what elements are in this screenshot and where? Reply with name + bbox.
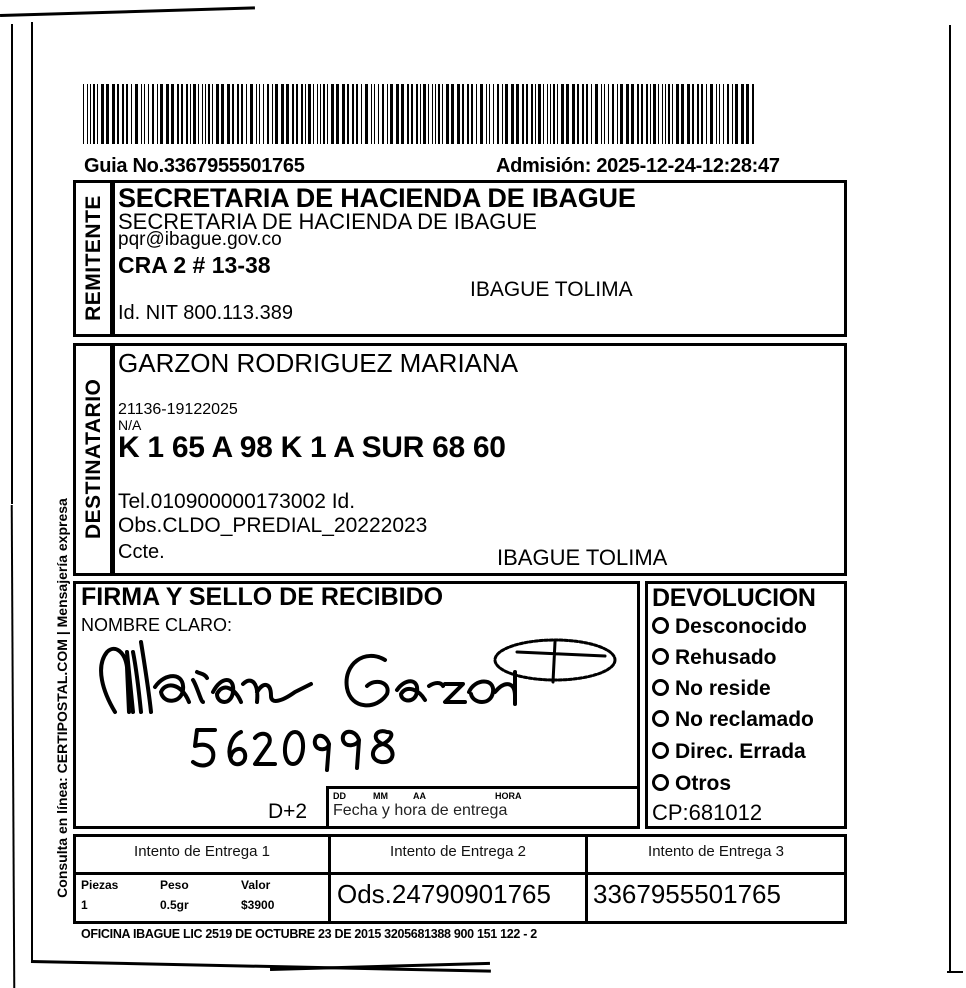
devolucion-title: DEVOLUCION	[652, 584, 816, 613]
footer-office-info: OFICINA IBAGUE LIC 2519 DE OCTUBRE 23 DE…	[81, 927, 537, 941]
destinatario-city: IBAGUE TOLIMA	[497, 545, 667, 571]
destinatario-address: K 1 65 A 98 K 1 A SUR 68 60	[118, 431, 506, 465]
remitente-city: IBAGUE TOLIMA	[470, 278, 633, 302]
devolucion-option-rehusado[interactable]: Rehusado	[652, 646, 777, 670]
guia-number-footer: 3367955501765	[593, 879, 781, 910]
peso-header: Peso	[160, 878, 189, 892]
remitente-label: REMITENTE	[82, 188, 106, 328]
destinatario-phone: Tel.010900000173002 Id.	[118, 490, 355, 514]
devolucion-option-direc-errada[interactable]: Direc. Errada	[652, 740, 806, 764]
fecha-label: Fecha y hora de entrega	[333, 802, 507, 820]
guia-number: Guia No.3367955501765	[84, 155, 305, 178]
paper-edge-top	[0, 6, 255, 17]
radio-circle-icon	[652, 774, 669, 791]
destinatario-obs: Obs.CLDO_PREDIAL_20222023	[118, 514, 427, 538]
paper-edge-left	[11, 24, 13, 504]
date-label-hora: HORA	[495, 791, 522, 801]
date-label-mm: MM	[373, 791, 388, 801]
ods-number: Ods.24790901765	[337, 879, 551, 910]
radio-circle-icon	[652, 648, 669, 665]
valor-value: $3900	[241, 898, 274, 912]
barcode	[83, 84, 755, 144]
postal-code: CP:681012	[652, 800, 762, 826]
devolucion-option-no-reclamado[interactable]: No reclamado	[652, 708, 814, 732]
handwritten-signature	[85, 612, 635, 772]
peso-value: 0.5gr	[160, 898, 189, 912]
destinatario-ccte: Ccte.	[118, 541, 165, 564]
devolucion-option-no-reside[interactable]: No reside	[652, 677, 771, 701]
admission-date: Admisión: 2025-12-24-12:28:47	[496, 155, 780, 178]
intentos-row-divider	[73, 872, 847, 875]
destinatario-label: DESTINATARIO	[82, 379, 106, 539]
remitente-email: pqr@ibague.gov.co	[118, 229, 282, 251]
radio-circle-icon	[652, 742, 669, 759]
date-label-aa: AA	[413, 791, 426, 801]
paper-edge-left-lower	[11, 505, 16, 988]
paper-edge-right	[949, 25, 951, 973]
radio-circle-icon	[652, 710, 669, 727]
devolucion-option-otros[interactable]: Otros	[652, 772, 731, 796]
side-text: Consulta en línea: CERTIPOSTAL.COM | Men…	[54, 478, 70, 918]
paper-edge-right-foot	[947, 971, 963, 973]
inner-frame-left	[31, 22, 33, 962]
valor-header: Valor	[241, 878, 270, 892]
piezas-value: 1	[81, 898, 88, 912]
remitente-address: CRA 2 # 13-38	[118, 252, 271, 279]
intento-entrega-3: Intento de Entrega 3	[588, 843, 844, 860]
radio-circle-icon	[652, 617, 669, 634]
radio-circle-icon	[652, 679, 669, 696]
devolucion-option-desconocido[interactable]: Desconocido	[652, 615, 807, 639]
destinatario-name: GARZON RODRIGUEZ MARIANA	[118, 348, 518, 379]
piezas-header: Piezas	[81, 878, 118, 892]
intento-entrega-2: Intento de Entrega 2	[331, 843, 585, 860]
remitente-id: Id. NIT 800.113.389	[118, 302, 293, 325]
delivery-deadline: D+2	[268, 800, 307, 824]
date-label-dd: DD	[333, 791, 346, 801]
firma-title: FIRMA Y SELLO DE RECIBIDO	[81, 583, 443, 612]
intento-entrega-1: Intento de Entrega 1	[76, 843, 328, 860]
